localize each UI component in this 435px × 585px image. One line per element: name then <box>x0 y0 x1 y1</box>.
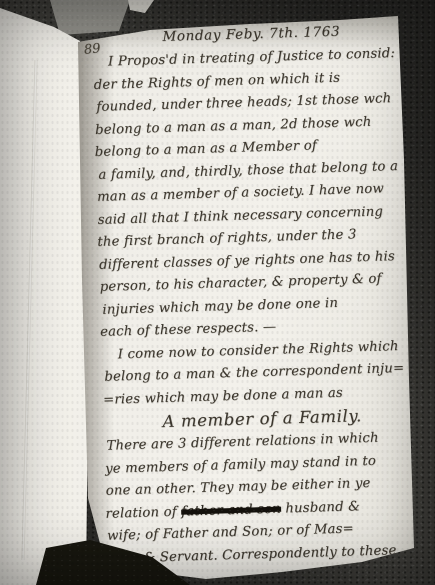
struck-out-text: father and son <box>181 501 281 519</box>
manuscript-lines: I Propos'd in treating of Justice to con… <box>93 43 426 571</box>
line-text: belong to a man as a man, 2d those wch <box>95 114 372 137</box>
line-text: person, to his character, & property & o… <box>100 272 382 295</box>
line-text: A member of a Family. <box>162 406 362 431</box>
line-text: ye members of a family may stand in to <box>105 453 376 476</box>
line-text: wife; of Father and Son; or of Mas= <box>107 521 354 543</box>
line-text: =ries which may be done a man as <box>103 385 343 407</box>
page-crease <box>21 60 37 560</box>
line-text: belong to a man & the correspondent inju… <box>104 361 404 385</box>
line-text: each of these respects. — <box>100 320 277 340</box>
line-text: injuries which may be done one in <box>102 295 338 317</box>
line-text: der the Rights of men on which it is <box>94 70 341 92</box>
line-text: belong to a man as a Member of <box>95 138 318 160</box>
line-text: the first branch of rights, under the 3 <box>97 227 357 250</box>
manuscript-photo: 89 Monday Feby. 7th. 1763 I Propos'd in … <box>0 0 435 585</box>
handwritten-text-block: Monday Feby. 7th. 1763 I Propos'd in tre… <box>92 17 426 571</box>
line-text: founded, under three heads; 1st those wc… <box>96 91 391 115</box>
line-text: There are 3 different relations in which <box>106 431 379 454</box>
line-text: man as a member of a society. I have now <box>97 181 384 205</box>
line-text: relation of <box>105 504 181 521</box>
line-text: one an other. They may be either in ye <box>106 476 371 499</box>
line-text: I Propos'd in treating of Justice to con… <box>108 46 395 70</box>
line-text: husband & <box>281 499 361 516</box>
